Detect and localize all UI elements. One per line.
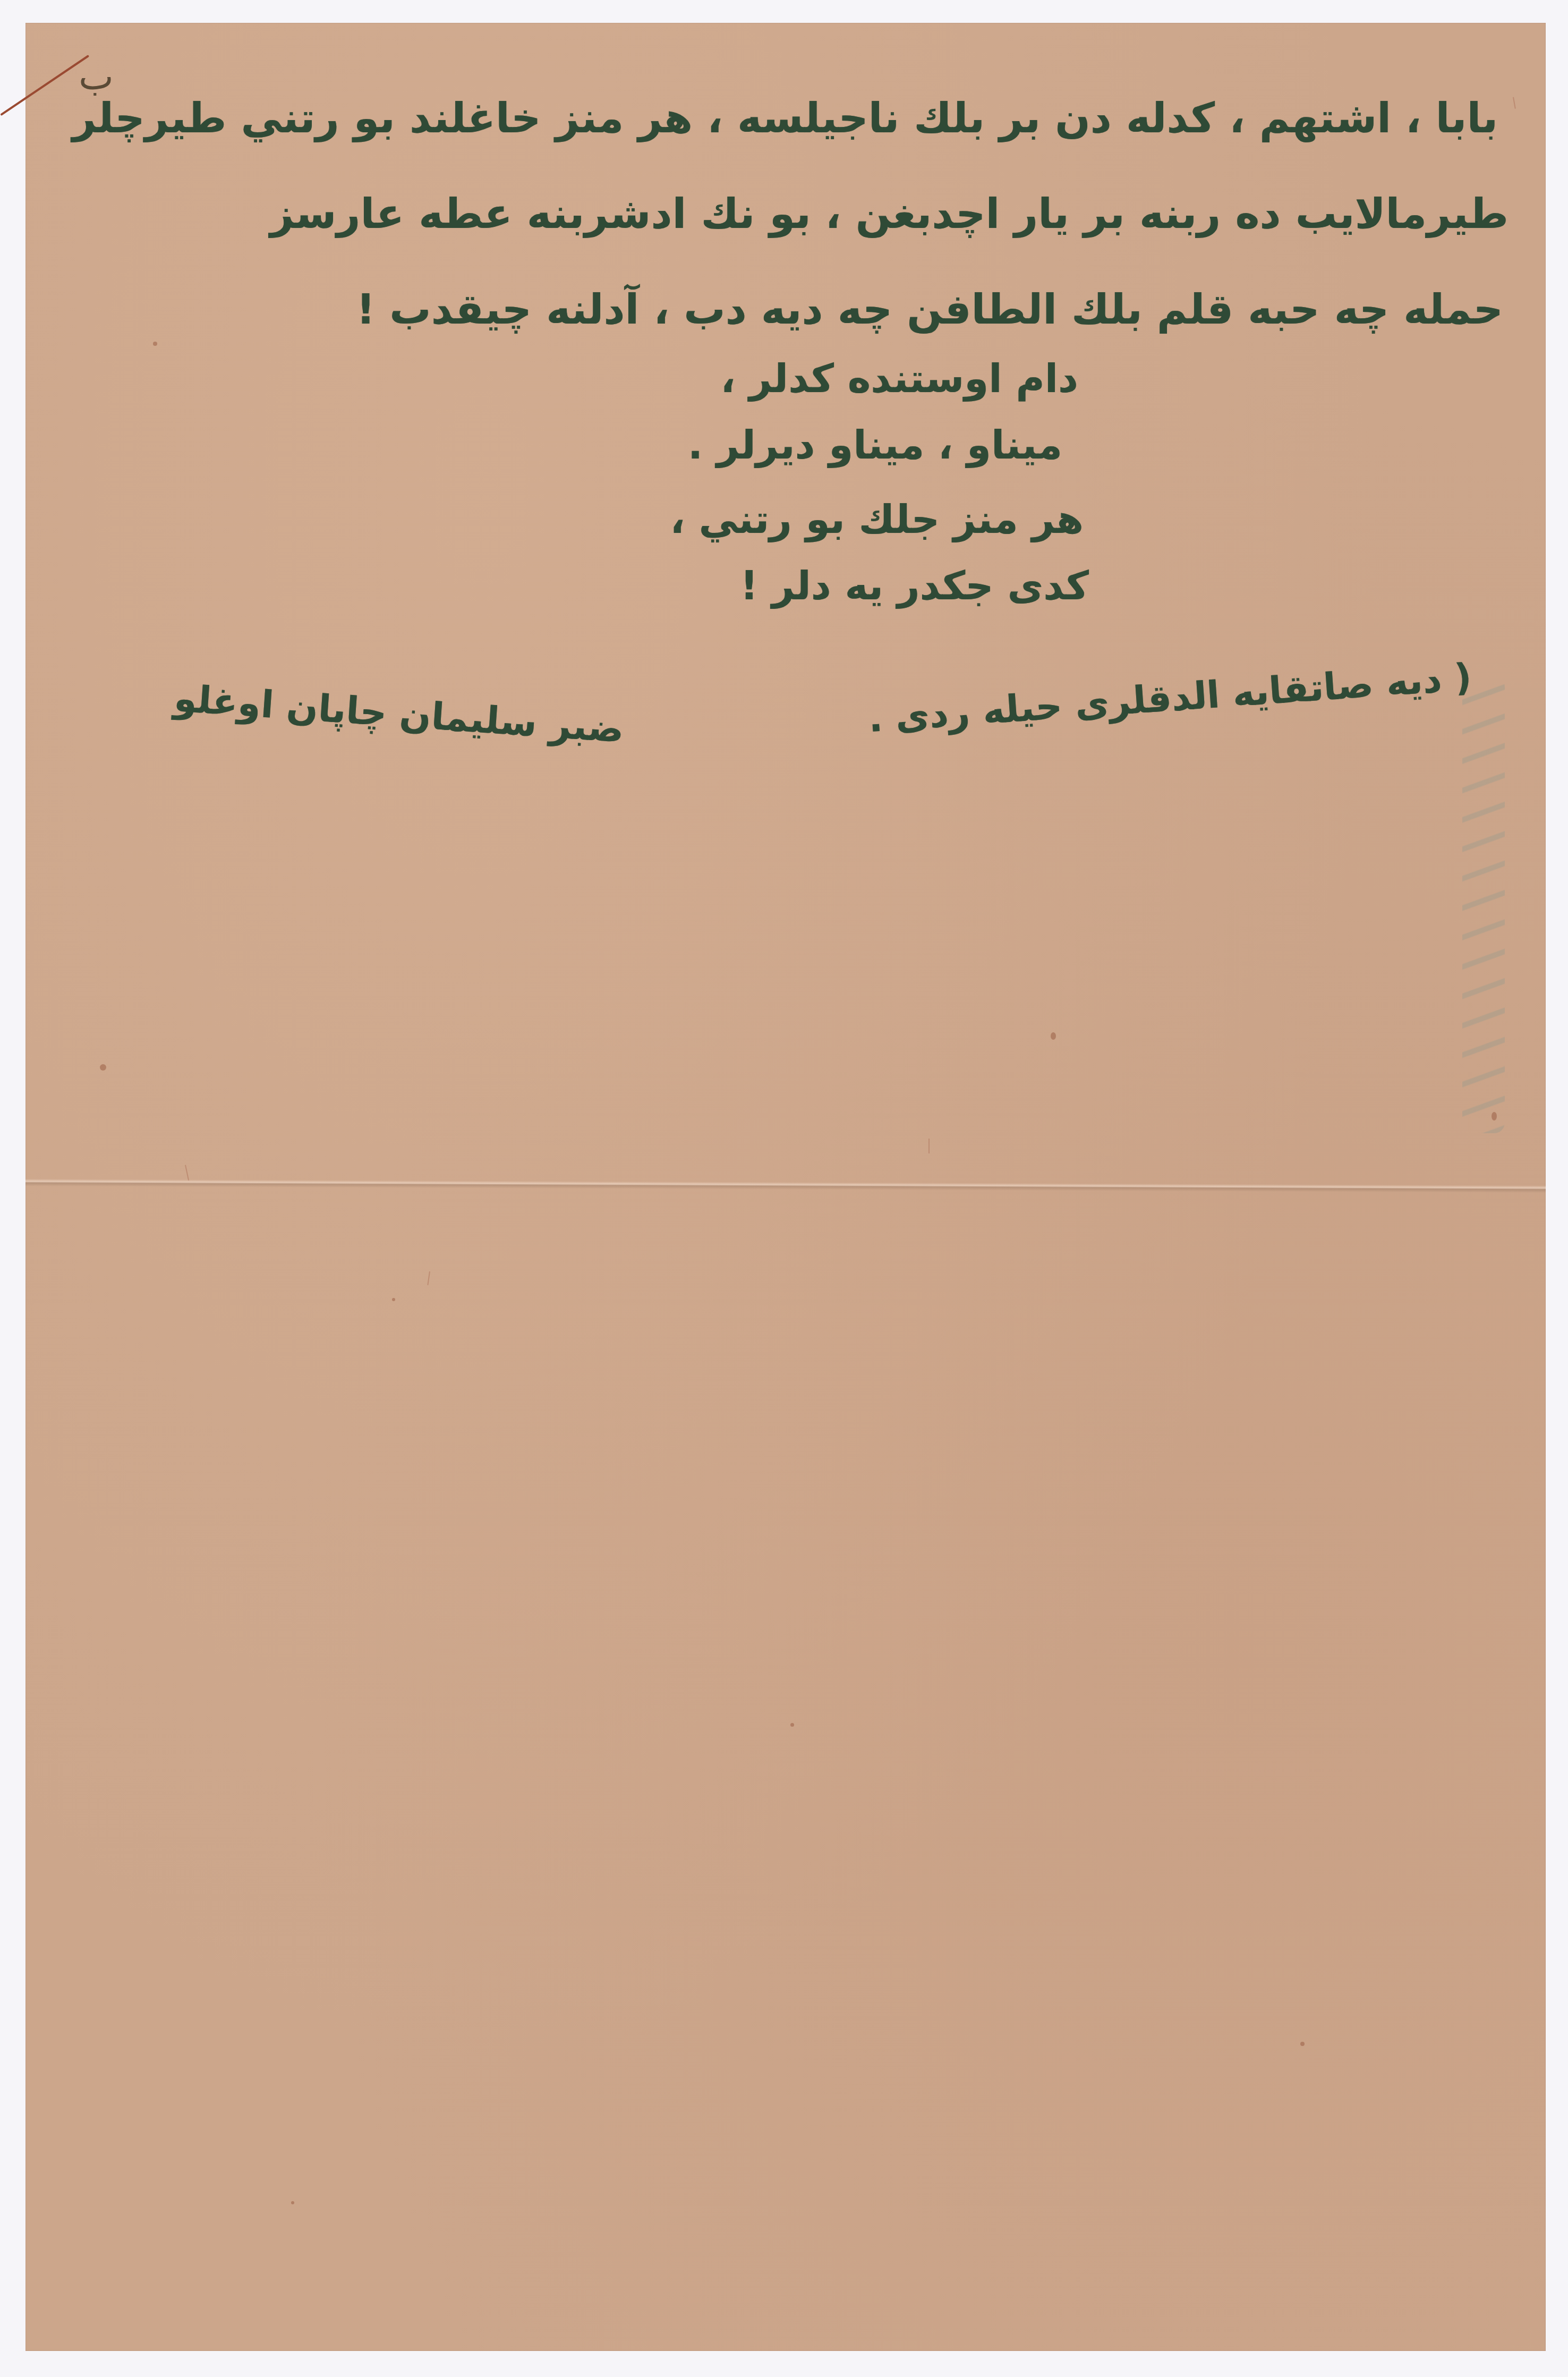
paper-fiber: [185, 1165, 189, 1181]
paper-speck: [1051, 1032, 1056, 1040]
paper-fiber: [427, 1271, 430, 1285]
margin-pencil-annotation: [1462, 676, 1505, 1133]
letter-paper: ب بابا ، اشتهم ، كدله دن بر بلك ناجيلسه …: [25, 23, 1546, 2351]
verse-line-1: دام اوستنده كدلر ،: [720, 352, 1078, 405]
closing-line: ( ديه صاتقايه الدقلرى حيله ردى .: [867, 655, 1473, 741]
verse-line-4: كدى جكدر يه دلر !: [740, 559, 1089, 613]
body-line-3: حمله چه حبه قلم بلك الطافن چه ديه دب ، آ…: [356, 283, 1503, 336]
verse-line-2: ميناو ، ميناو ديرلر .: [688, 419, 1062, 472]
paper-speck: [1300, 2042, 1305, 2046]
paper-speck: [392, 1298, 395, 1301]
paper-speck: [100, 1064, 106, 1071]
paper-speck: [291, 2201, 294, 2204]
paper-speck: [153, 342, 157, 346]
verse-line-3: هر منز جلك بو رتني ،: [670, 493, 1084, 546]
paper-speck: [790, 1723, 794, 1727]
body-line-2: طيرمالايب ده ربنه بر يار اچدبغن ، بو نك …: [270, 188, 1509, 241]
paper-fiber: [1513, 97, 1516, 109]
signature: ضبر سليمان چاپان اوغلو: [173, 676, 625, 751]
fold-crease: [25, 1179, 1546, 1193]
paper-fiber: [928, 1139, 930, 1153]
body-line-1: بابا ، اشتهم ، كدله دن بر بلك ناجيلسه ، …: [72, 92, 1498, 145]
